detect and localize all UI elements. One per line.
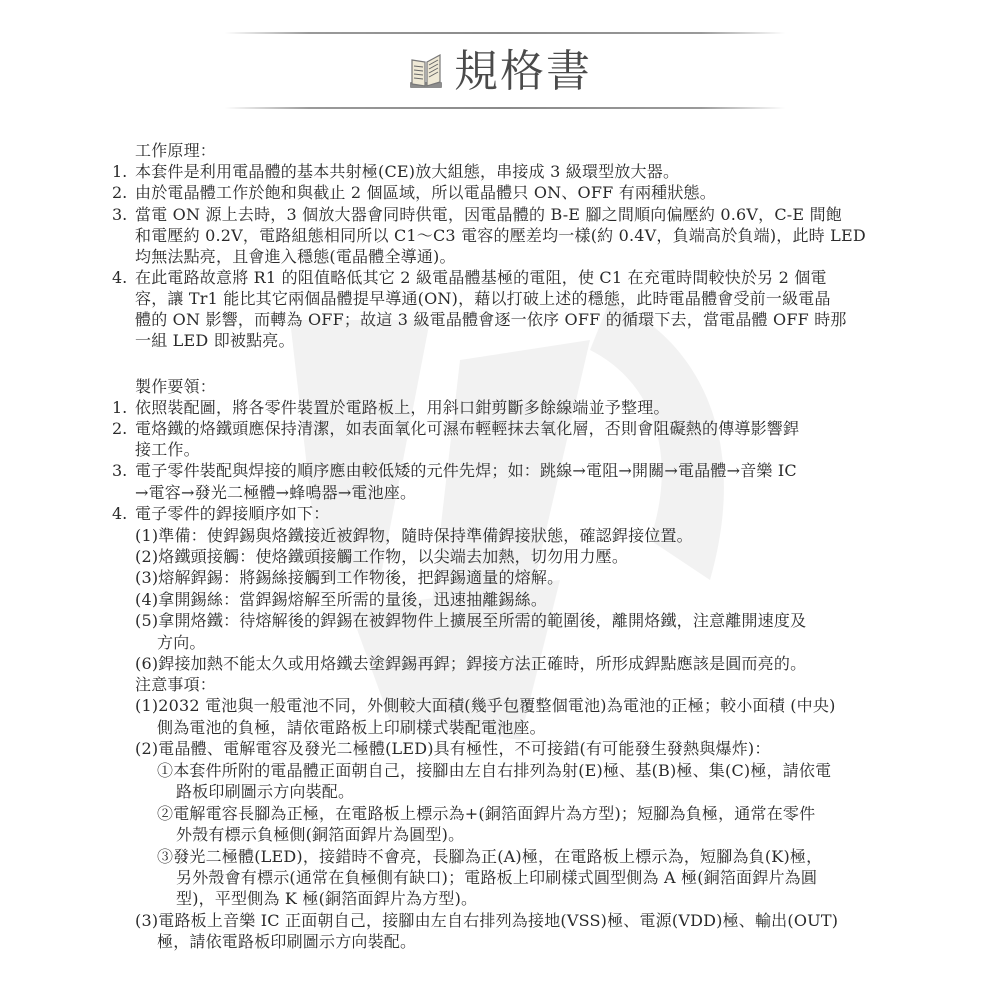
assembly-line: 接工作。 [135,439,200,460]
note-line: (3)電路板上音樂 IC 正面朝自己，接腳由左自右排列為接地(VSS)極、電源(… [135,910,838,931]
section-heading-working-principle: 工作原理： [135,140,216,161]
principle-line: 本套件是利用電晶體的基本共射極(CE)放大組態，串接成 3 級環型放大器。 [135,161,679,182]
note-subline: ①本套件所附的電晶體正面朝自己，接腳由左自右排列為射(E)極、基(B)極、集(C… [157,760,831,781]
principle-line: 一組 LED 即被點亮。 [135,330,295,351]
item-number: 2. [112,418,127,439]
spec-document: 工作原理： 1. 本套件是利用電晶體的基本共射極(CE)放大組態，串接成 3 級… [0,0,1000,1000]
note-subline: 型)，平型側為 K 極(銅箔面銲片為方型)。 [176,888,477,909]
note-subline: ②電解電容長腳為正極，在電路板上標示為+(銅箔面銲片為方型)；短腳為負極，通常在… [157,803,815,824]
soldering-step: 方向。 [157,632,206,653]
soldering-step: (6)銲接加熱不能太久或用烙鐵去塗銲錫再銲；銲接方法正確時，所形成銲點應該是圓而… [135,653,806,674]
assembly-line: 依照裝配圖，將各零件裝置於電路板上，用斜口鉗剪斷多餘線端並予整理。 [135,397,670,418]
assembly-line: 電子零件裝配與焊接的順序應由較低矮的元件先焊；如：跳線→電阻→開關→電晶體→音樂… [135,460,797,481]
assembly-line: 電烙鐵的烙鐵頭應保持清潔，如表面氧化可濕布輕輕抹去氧化層，否則會阻礙熱的傳導影響… [135,418,799,439]
note-subline: ③發光二極體(LED)，接錯時不會亮，長腳為正(A)極，在電路板上標示為，短腳為… [157,846,822,867]
soldering-step: (3)熔解銲錫：將錫絲接觸到工作物後，把銲錫適量的熔解。 [135,567,563,588]
note-subline: 外殼有標示負極側(銅箔面銲片為圓型)。 [176,824,464,845]
soldering-step: (1)準備：使銲錫與烙鐵接近被銲物，隨時保持準備銲接狀態，確認銲接位置。 [135,525,693,546]
item-number: 3. [112,460,127,481]
section-heading-notes: 注意事項： [135,674,216,695]
assembly-line: 電子零件的銲接順序如下： [135,503,329,524]
item-number: 4. [112,503,127,524]
note-subline: 另外殼會有標示(通常在負極側有缺口)；電路板上印刷樣式圓型側為 A 極(銅箔面銲… [176,867,817,888]
item-number: 1. [112,397,127,418]
principle-line: 由於電晶體工作於飽和與截止 2 個區域，所以電晶體只 ON、OFF 有兩種狀態。 [135,182,716,203]
note-line: 極，請依電路板印刷圖示方向裝配。 [157,931,416,952]
soldering-step: (4)拿開錫絲：當銲錫熔解至所需的量後，迅速抽離錫絲。 [135,589,547,610]
item-number: 4. [112,267,127,288]
principle-line: 當電 ON 源上去時，3 個放大器會同時供電，因電晶體的 B-E 腳之間順向偏壓… [135,204,842,225]
principle-line: 和電壓約 0.2V，電路組態相同所以 C1～C3 電容的壓差均一樣(約 0.4V… [135,225,866,246]
soldering-step: (2)烙鐵頭接觸：使烙鐵頭接觸工作物，以尖端去加熱，切勿用力壓。 [135,546,628,567]
assembly-line: →電容→發光二極體→蜂鳴器→電池座。 [135,482,416,503]
item-number: 1. [112,161,127,182]
principle-line: 容，讓 Tr1 能比其它兩個晶體提早導通(ON)，藉以打破上述的穩態，此時電晶體… [135,288,831,309]
item-number: 2. [112,182,127,203]
principle-line: 體的 ON 影響，而轉為 OFF；故這 3 級電晶體會逐一依序 OFF 的循環下… [135,309,847,330]
note-subline: 路板印刷圖示方向裝配。 [176,781,354,802]
section-heading-assembly: 製作要領： [135,376,216,397]
principle-line: 均無法點亮，且會進入穩態(電晶體全導通)。 [135,246,456,267]
soldering-step: (5)拿開烙鐵：待熔解後的銲錫在被銲物件上擴展至所需的範圍後，離開烙鐵，注意離開… [135,610,806,631]
note-line: 側為電池的負極，請依電路板上印刷樣式裝配電池座。 [157,717,546,738]
note-line: (2)電晶體、電解電容及發光二極體(LED)具有極性，不可接錯(有可能發生發熱與… [135,738,771,759]
principle-line: 在此電路故意將 R1 的阻值略低其它 2 級電晶體基極的電阻，使 C1 在充電時… [135,267,827,288]
note-line: (1)2032 電池與一般電池不同，外側較大面積(幾乎包覆整個電池)為電池的正極… [135,695,836,716]
item-number: 3. [112,204,127,225]
